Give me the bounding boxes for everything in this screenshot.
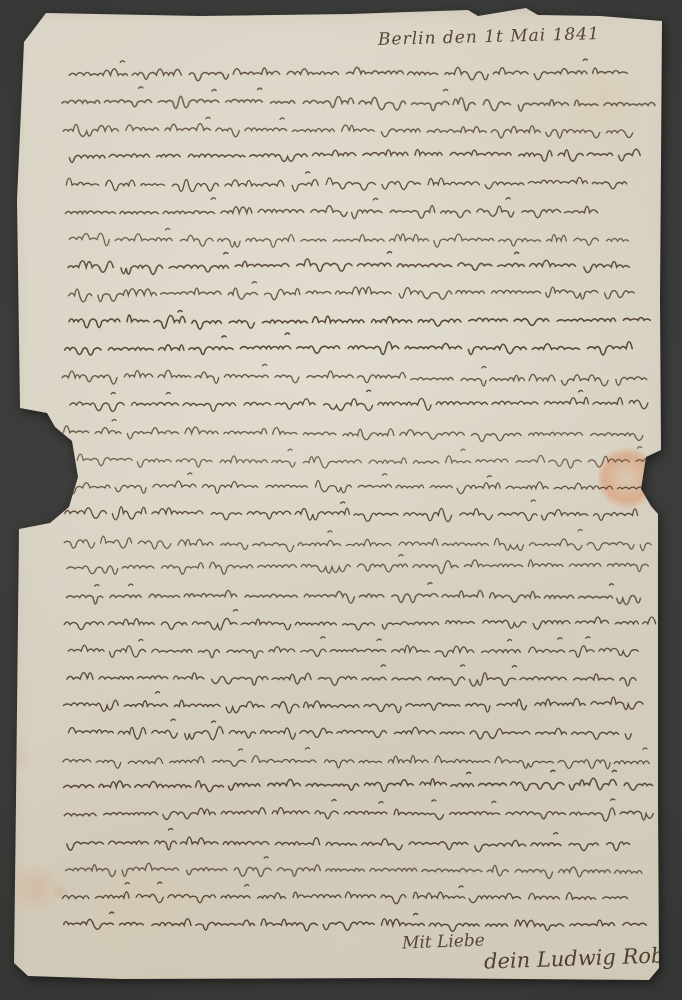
- handwriting-body: [0, 0, 682, 1000]
- foxing-stain-right-edge: [598, 446, 656, 510]
- archival-number: 83: [1, 0, 680, 61]
- letter-paper: Berlin den 1t Mai 1841 Mit Liebe dein Lu…: [0, 0, 682, 1000]
- foxing-spot-left-edge: [2, 742, 30, 776]
- foxing-spot-bottom-left: [50, 884, 70, 899]
- foxing-stain-bottom-left: [2, 866, 68, 910]
- dateline: Berlin den 1t Mai 1841: [378, 24, 600, 50]
- signature: dein Ludwig Robert: [484, 942, 682, 973]
- paper-shadow: Berlin den 1t Mai 1841 Mit Liebe dein Lu…: [0, 0, 682, 1000]
- discoloration-top-right: [556, 56, 652, 140]
- scan-background: Berlin den 1t Mai 1841 Mit Liebe dein Lu…: [0, 0, 682, 1000]
- closing-phrase: Mit Liebe: [402, 931, 485, 954]
